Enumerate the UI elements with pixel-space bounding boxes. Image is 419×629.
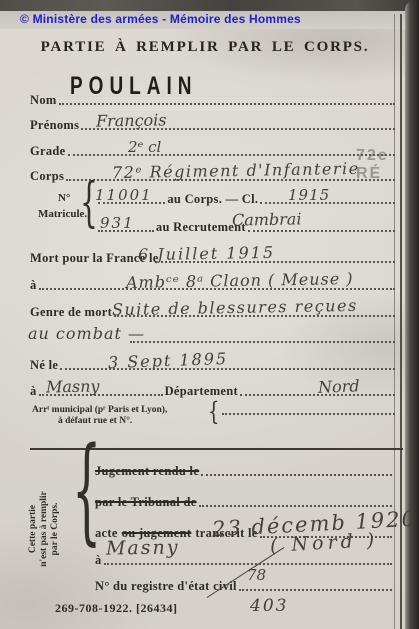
nom-label: Nom [30,93,57,108]
hw-prenoms: François [96,110,167,130]
mort-a-label: à [30,278,37,293]
hw-matricule-recrutement: 931 [100,214,135,232]
dotted-line [239,589,392,591]
dotted-line [199,505,392,507]
hw-mort-date: 6 Juillet 1915 [138,243,275,264]
hw-registre-denominator: 403 [250,596,288,616]
field-prenoms: Prénoms [30,117,397,133]
dotted-line [248,230,395,232]
field-registre: N° du registre d'état civil [95,578,394,594]
dotted-line [130,341,395,343]
arrondissement-brace: { [208,398,219,427]
side-note-line: Cette partie [28,462,39,596]
ne-le-label: Né le [30,358,58,373]
arrondissement-label-1: Arrᵗ municipal (pʳ Paris et Lyon), [32,405,167,416]
form-title: PARTIE À REMPLIR PAR LE CORPS. [40,39,370,56]
hw-genre-de-mort-2: au combat — [28,324,145,343]
hw-naissance-lieu: Masny [46,377,100,397]
transcription-a-label: à [95,553,102,568]
hw-mort-lieu: Ambᶜᵉ 8ᵃ Claon ( Meuse ) [126,269,354,292]
grade-label: Grade [30,144,66,159]
prenoms-label: Prénoms [30,118,79,133]
tribunal-label-struck: par le Tribunal de [95,495,197,510]
field-genre-continuation [128,330,397,346]
scan-top-border [0,0,419,11]
genre-de-mort-label: Genre de mort [30,305,112,320]
scan-right-border [405,0,419,629]
hw-transcription-place: Masny [106,536,180,559]
hw-naissance-departement: Nord [318,376,360,396]
field-grade: Grade [30,143,397,159]
field-arrondissement [220,402,397,418]
jugement-label-struck: Jugement rendu le [95,464,199,479]
dotted-line [201,474,392,476]
hw-grade: 2ᵉ cl [128,138,161,156]
field-jugement: Jugement rendu le [95,463,394,479]
hw-nom: POULAIN [70,73,198,102]
departement-label: Département [165,384,238,399]
matricule-label-no: N° [58,193,70,204]
hw-matricule-corps: 11001 [95,186,153,204]
au-corps-label: au Corps. — Cl. [167,192,258,207]
ne-a-label: à [30,384,37,399]
hw-classe: 1915 [288,186,330,204]
side-note-line: n'est pas à remplir [39,462,50,596]
watermark-text: © Ministère des armées - Mémoire des Hom… [20,12,301,26]
dotted-line [222,413,395,415]
side-note-line: par le Corps. [50,462,61,596]
field-tribunal: par le Tribunal de [95,494,394,510]
hw-recrutement-place: Cambrai [232,209,302,229]
dotted-line [104,563,392,565]
dotted-line [59,103,395,105]
side-note-vertical: Cette partie n'est pas à remplir par le … [28,462,62,596]
dotted-line [68,154,395,156]
form-reference-number: 269-708-1922. [26434] [55,601,177,616]
corps-label: Corps [30,169,64,184]
scanned-death-record: © Ministère des armées - Mémoire des Hom… [0,0,419,629]
